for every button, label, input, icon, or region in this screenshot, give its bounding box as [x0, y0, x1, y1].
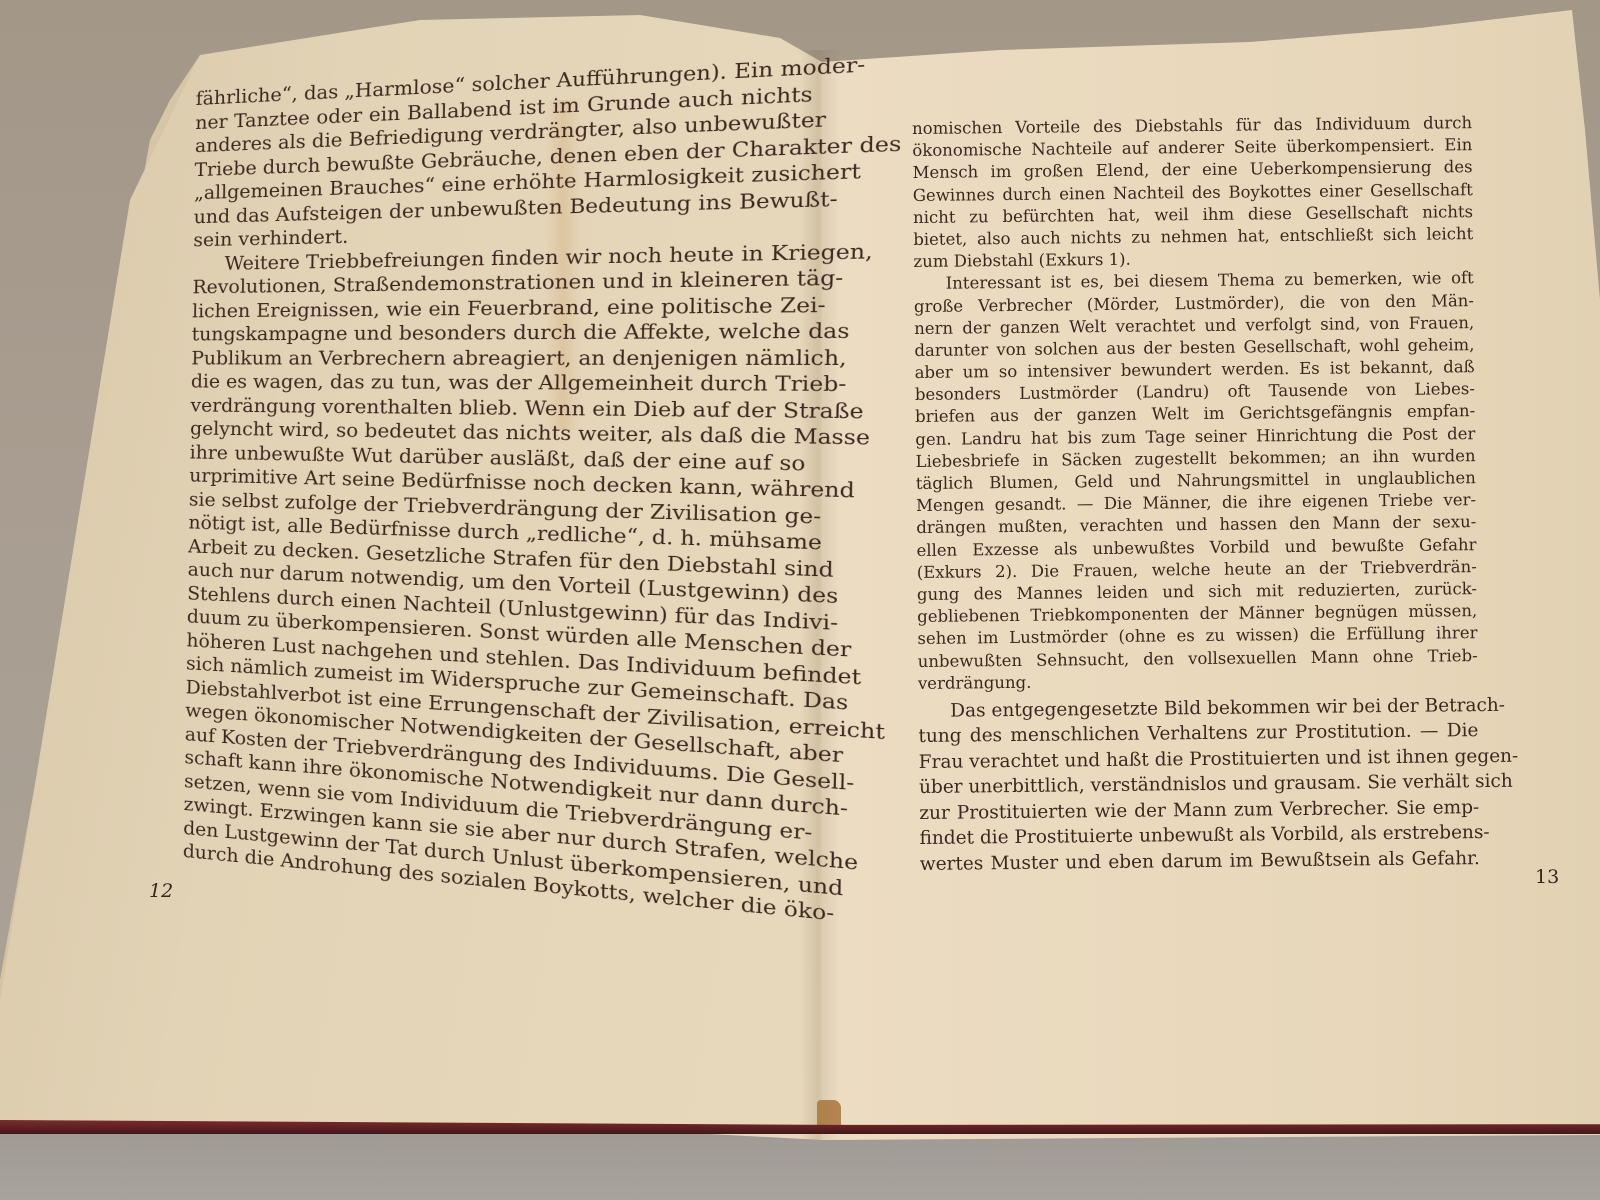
- page-number-right: 13: [1535, 866, 1559, 888]
- page-number-left: 12: [149, 880, 173, 902]
- right-page-lower-paragraph: Das entgegengesetzte Bild bekommen wir b…: [918, 695, 1480, 879]
- right-page-text: nomischen Vorteile des Diebstahls für da…: [912, 112, 1480, 879]
- text-line: tungskampagne und besonders durch die Af…: [192, 319, 809, 347]
- text-line: Publikum an Verbrechern abreagiert, an d…: [191, 345, 808, 371]
- left-page-text: fährliche“, das „Harmlose“ solcher Auffü…: [183, 55, 814, 924]
- text-line: die es wagen, das zu tun, was der Allgem…: [191, 370, 808, 398]
- open-book: fährliche“, das „Harmlose“ solcher Auffü…: [0, 0, 1600, 1200]
